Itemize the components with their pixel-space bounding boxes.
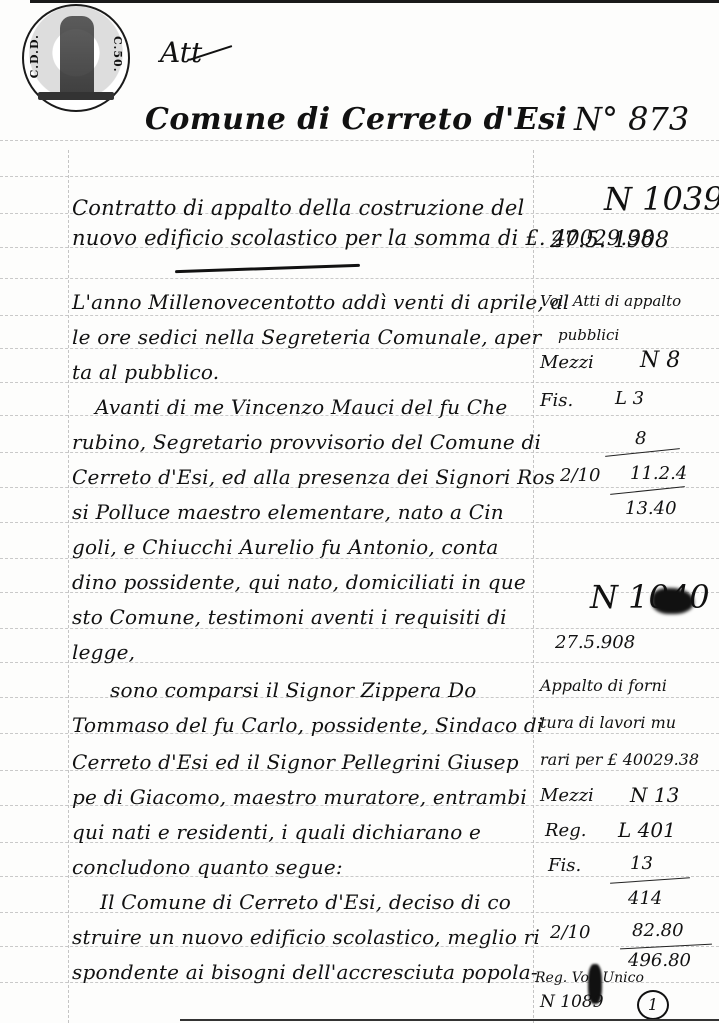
fee-label: Mezzi — [540, 785, 594, 806]
page-number: 1 — [648, 995, 658, 1014]
fee-value: L 3 — [615, 388, 644, 409]
fee-value: 8 — [635, 428, 646, 449]
page-bottom-edge — [180, 1019, 719, 1021]
body-line: ta al pubblico. — [72, 360, 219, 384]
body-line: goli, e Chiucchi Aurelio fu Antonio, con… — [72, 535, 499, 559]
body-line: concludono quanto segue: — [72, 855, 343, 879]
body-line: legge, — [72, 640, 135, 664]
fee-label: 2/10 — [560, 465, 600, 486]
seal-figure-icon — [60, 16, 94, 98]
ruled-line — [0, 140, 719, 141]
fee-label: Fis. — [540, 390, 573, 411]
ink-blot — [652, 588, 694, 614]
fee-value: N 8 — [640, 348, 680, 373]
header-reference-number: N° 873 — [574, 100, 689, 138]
separator-flourish — [175, 264, 360, 273]
body-line: spondente ai bisogni dell'accresciuta po… — [72, 960, 538, 984]
appalto-note-line: tura di lavori mu — [540, 713, 676, 732]
fee-value: L 401 — [618, 818, 676, 842]
body-line: qui nati e residenti, i quali dichiarano… — [72, 820, 481, 844]
body-line: pe di Giacomo, maestro muratore, entramb… — [72, 785, 527, 809]
body-line: sto Comune, testimoni aventi i requisiti… — [72, 605, 507, 629]
appalto-note-line: rari per £ 40029.38 — [540, 750, 699, 769]
sum-line — [610, 877, 690, 884]
body-line: Cerreto d'Esi, ed alla presenza dei Sign… — [72, 465, 555, 489]
margin-note-volume: Vol. Atti di appalto — [540, 292, 681, 310]
body-line: Cerreto d'Esi ed il Signor Pellegrini Gi… — [72, 750, 519, 774]
fee-value: N 13 — [630, 783, 679, 807]
body-line: struire un nuovo edificio scolastico, me… — [72, 925, 540, 949]
document-page: C.D.D. C.50. Att Comune di Cerreto d'Esi… — [0, 0, 719, 1023]
fee-label: Fis. — [548, 855, 581, 876]
ruled-line — [0, 315, 719, 316]
registration-number-top: N 1039 — [604, 180, 719, 218]
page-top-edge — [30, 0, 719, 3]
body-line: Il Comune di Cerreto d'Esi, deciso di co — [100, 890, 511, 914]
page-number-circle: 1 — [637, 990, 669, 1020]
ruled-line — [0, 278, 719, 279]
registration-date-mid: 27.5.908 — [555, 632, 635, 653]
fee-total: 13.40 — [625, 498, 677, 519]
right-margin-rule — [533, 150, 534, 1023]
body-line: Avanti di me Vincenzo Mauci del fu Che — [95, 395, 507, 419]
fee-value: 11.2.4 — [630, 463, 687, 484]
margin-note-public: pubblici — [558, 326, 619, 344]
body-line: si Polluce maestro elementare, nato a Ci… — [72, 500, 504, 524]
fee-value: 13 — [630, 853, 653, 874]
body-line: L'anno Millenovecentotto addì venti di a… — [72, 290, 569, 314]
body-line: rubino, Segretario provvisorio del Comun… — [72, 430, 541, 454]
seal-base — [38, 92, 114, 100]
registration-date-top: 27.5. 1908 — [550, 228, 669, 253]
body-line: Tommaso del fu Carlo, possidente, Sindac… — [72, 713, 544, 737]
appalto-note-line: Appalto di forni — [540, 676, 667, 695]
seal-right-text: C.50. — [111, 36, 124, 73]
fee-value: 414 — [628, 888, 662, 909]
body-line: dino possidente, qui nato, domiciliati i… — [72, 570, 526, 594]
initials-signature: Att — [160, 36, 202, 69]
body-line: le ore sedici nella Segreteria Comunale,… — [72, 325, 541, 349]
fee-total: 496.80 — [628, 950, 691, 971]
footer-number: N 1089 — [540, 992, 604, 1012]
body-line: sono comparsi il Signor Zippera Do — [110, 678, 476, 702]
fee-label: Reg. — [545, 820, 586, 841]
left-margin-rule — [68, 150, 69, 1023]
fee-value: 82.80 — [632, 920, 684, 941]
revenue-stamp-seal: C.D.D. C.50. — [22, 4, 130, 112]
document-title: Comune di Cerreto d'Esi — [145, 102, 567, 137]
subject-line-1: Contratto di appalto della costruzione d… — [72, 196, 524, 220]
fee-label: 2/10 — [550, 922, 590, 943]
ruled-line — [0, 176, 719, 177]
seal-left-text: C.D.D. — [28, 34, 41, 78]
fee-label: Mezzi — [540, 352, 594, 373]
